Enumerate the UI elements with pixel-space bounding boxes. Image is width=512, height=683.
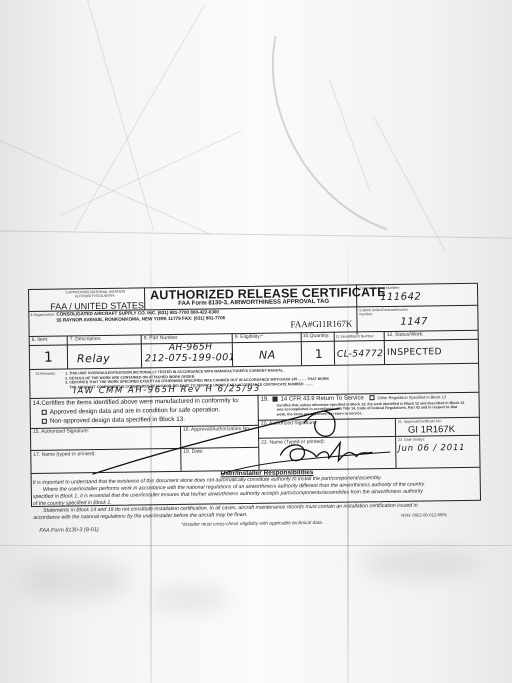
other-regulation-label: Other Regulation Specified in Block 13 bbox=[377, 394, 446, 400]
col-serial: 11.Serial/Batch Number: bbox=[336, 334, 375, 339]
approved-design-checkbox[interactable] bbox=[42, 410, 47, 415]
authorized-release-certificate: 1.APPROVING NATIONAL AVIATION AUTHORITY/… bbox=[28, 283, 481, 519]
form-tracking-number: 111642 bbox=[380, 292, 421, 304]
eligibility-footnote: *Installer must cross-check eligibility … bbox=[181, 521, 323, 528]
scratch-mark bbox=[60, 130, 242, 215]
description-value: Relay bbox=[77, 352, 110, 365]
col-item: 6. Item: bbox=[32, 338, 49, 344]
block4-label: 4.Organization: bbox=[30, 313, 54, 318]
nsn-number: NSN: 0052-00-012-9005 bbox=[401, 512, 447, 518]
form-number: FAA Form 8130-3 (8-01) bbox=[39, 528, 98, 534]
circular-smudge bbox=[220, 0, 512, 285]
block17-label: 17. Name (typed or printed): bbox=[33, 452, 96, 458]
block15-label: 15. Authorized Signature: bbox=[33, 429, 89, 435]
faa-certificate-number: FAA#GI1R167K bbox=[290, 318, 352, 329]
col-part-number: 8. Part Number bbox=[144, 336, 178, 342]
status-value: INSPECTED bbox=[387, 347, 442, 358]
authorized-signature bbox=[90, 402, 411, 476]
item-value: 1 bbox=[44, 350, 54, 366]
serial-value: CL-54772 bbox=[337, 349, 384, 360]
col-status: 12. Status/Work: bbox=[387, 332, 424, 338]
block19-label: 19. bbox=[261, 397, 269, 403]
scratch-mark bbox=[74, 5, 205, 231]
eligibility-value: NA bbox=[259, 349, 276, 362]
part-number-alt: AH-965H bbox=[169, 342, 213, 353]
quantity-value: 1 bbox=[315, 347, 323, 361]
return-to-service-checkbox[interactable] bbox=[273, 397, 278, 402]
block1-label: 1.APPROVING NATIONAL AVIATION AUTHORITY/… bbox=[50, 289, 140, 299]
part-number-value: 212-075-199-001 bbox=[145, 352, 235, 364]
approval-certificate-number: GI 1R167K bbox=[408, 424, 455, 436]
non-approved-design-checkbox[interactable] bbox=[42, 419, 47, 424]
col-eligibility: 9. Eligibility:* bbox=[235, 335, 263, 341]
paper-fold bbox=[0, 545, 512, 546]
scratch-mark bbox=[0, 140, 210, 234]
block3-label: 3.Form Tracking Number: bbox=[359, 286, 400, 291]
crease-shadow bbox=[150, 588, 230, 610]
crease-shadow bbox=[20, 560, 130, 600]
block13-label: 13.Remarks: bbox=[35, 372, 55, 377]
crease-shadow bbox=[360, 548, 480, 578]
col-quantity: 10.Quantity: bbox=[303, 334, 330, 340]
col-description: 7. Description: bbox=[70, 337, 102, 343]
other-regulation-checkbox[interactable] bbox=[369, 395, 374, 400]
work-order-number: 1147 bbox=[400, 316, 428, 327]
